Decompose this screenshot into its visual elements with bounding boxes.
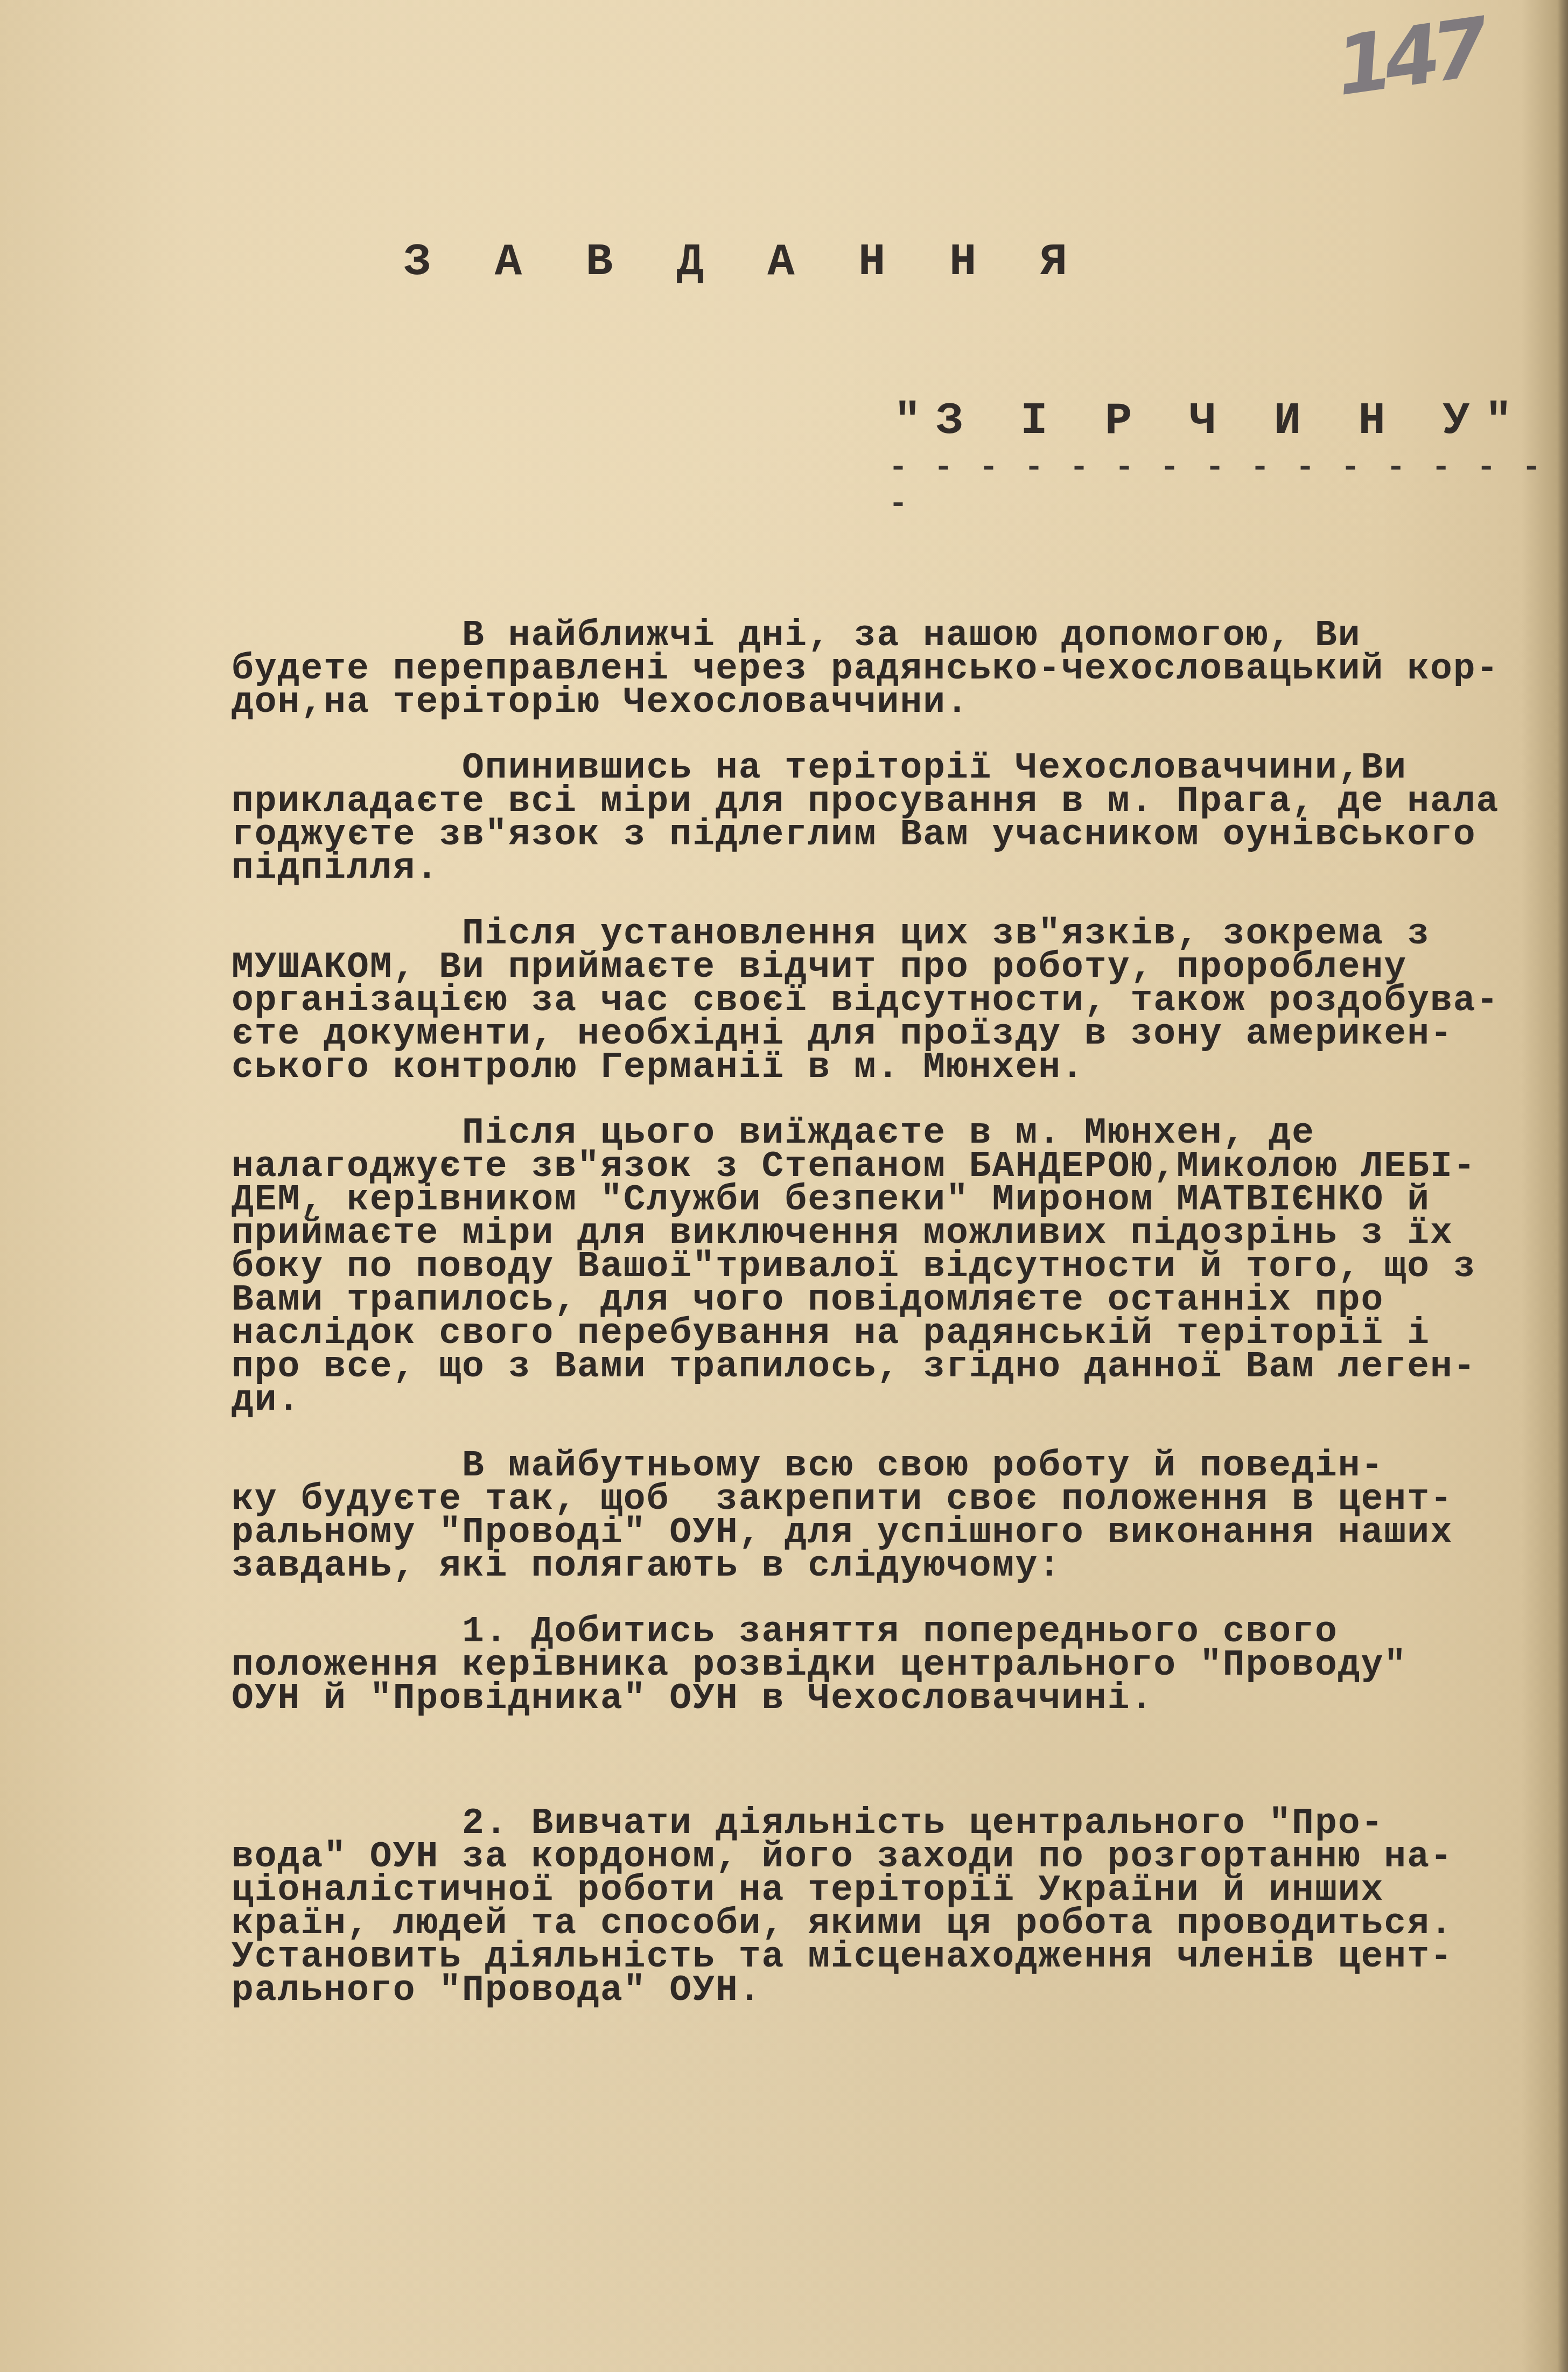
task-item-1: 1. Добитись заняття попереднього свого п… — [232, 1615, 1567, 1716]
task-item-2: 2. Вивчати діяльність центрального "Про-… — [232, 1807, 1567, 2007]
folio-number: 147 — [1333, 0, 1484, 116]
paragraph-documents: Після установлення цих зв"язків, зокрема… — [232, 918, 1567, 1084]
document-body: В найближчі дні, за нашою допомогою, Ви … — [232, 619, 1567, 2007]
paragraph-future-work: В майбутньому всю свою роботу й поведін-… — [232, 1450, 1567, 1583]
codename-underline: - - - - - - - - - - - - - - - - — [888, 450, 1568, 523]
document-codename: "З І Р Ч И Н У" — [894, 396, 1527, 447]
paragraph-arrival: В найближчі дні, за нашою допомогою, Ви … — [232, 619, 1567, 719]
paragraph-munich: Після цього виїждаєте в м. Мюнхен, де на… — [232, 1117, 1567, 1417]
paragraph-prague: Опинившись на теріторії Чехословаччини,В… — [232, 752, 1567, 885]
document-title: З А В Д А Н Н Я — [404, 237, 1086, 288]
